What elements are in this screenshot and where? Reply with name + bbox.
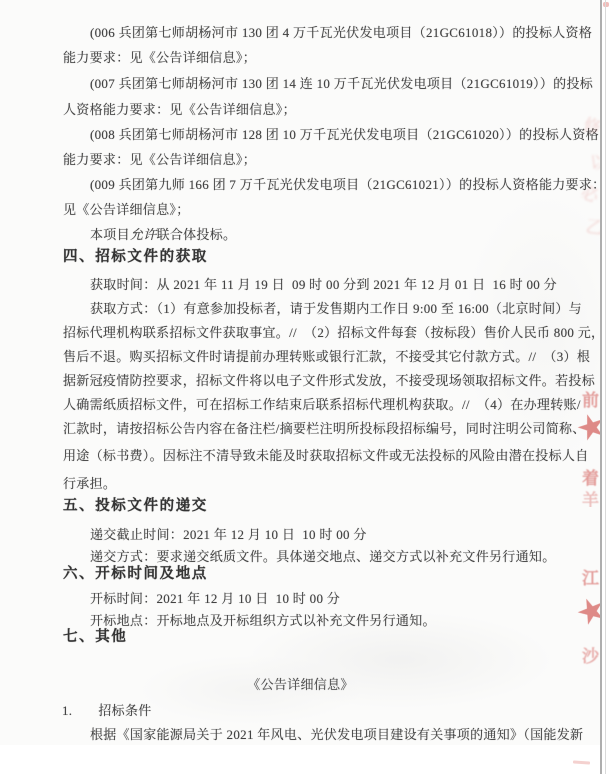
text-line: (008 兵团第七师胡杨河市 128 团 10 万千瓦光伏发电项目（21GC61… xyxy=(90,127,599,142)
section-heading: 六、开标时间及地点 xyxy=(63,567,208,582)
scanned-document-page: (006 兵团第七师胡杨河市 130 团 4 万千瓦光伏发电项目（21GC610… xyxy=(0,0,610,774)
section-heading: 七、其他 xyxy=(63,630,127,645)
text-line: 见《公告详细信息》； xyxy=(63,202,190,217)
seal-text-glyph: 羊 xyxy=(582,486,599,507)
text-run: 允许 xyxy=(130,227,157,242)
red-seal-fragment-lower: 江 ★ 沙 xyxy=(570,560,601,668)
handwriting-glyph: 乙 xyxy=(585,212,601,239)
text-line: 获取时间：从 2021 年 11 月 19 日 09 时 00 分到 2021 … xyxy=(90,277,557,292)
seal-text-glyph: 江 xyxy=(582,564,599,589)
list-number: 1. xyxy=(62,703,72,718)
text-run: 招标条件 xyxy=(98,703,151,718)
text-line: 本项目允许联合体投标。 xyxy=(90,227,236,242)
text-line: 售后不退。购买招标文件时请提前办理转账或银行汇款，不接受其它付款方式。// （3… xyxy=(63,349,590,364)
text-line: 根据《国家能源局关于 2021 年风电、光伏发电项目建设有关事项的通知》（国能发… xyxy=(90,727,583,742)
red-speck xyxy=(603,2,609,7)
text-line: (009 兵团第九师 166 团 7 万千瓦光伏发电项目（21GC61021））… xyxy=(90,177,605,192)
seal-star-icon: ★ xyxy=(572,590,601,633)
seal-star-icon: ★ xyxy=(573,407,601,449)
handwriting-glyph: 修 xyxy=(581,110,601,138)
text-line: 用途（标书费）。因标注不清导致未能及时获取招标文件或无法投标的风险由潜在投标人自 xyxy=(63,448,589,463)
seal-text-glyph: 沙 xyxy=(582,642,599,667)
section-heading: 五、投标文件的递交 xyxy=(63,499,208,514)
text-line: (006 兵团第七师胡杨河市 130 团 4 万千瓦光伏发电项目（21GC610… xyxy=(90,25,592,40)
red-handwriting-fragment: 修 以 必 乙 xyxy=(570,110,601,250)
text-run: 联合体投标。 xyxy=(157,227,237,242)
text-line: 1.招标条件 xyxy=(62,703,152,718)
red-seal-fragment-upper: 前 ★ 着 羊 xyxy=(570,382,601,507)
text-line: 人确需纸质招标文件，可在招标工作结束后联系招标代理机构获取。// （4）在办理转… xyxy=(63,397,581,412)
text-run: 本项目 xyxy=(90,227,130,242)
text-line: 行承担。 xyxy=(63,476,116,491)
text-line: 递交截止时间：2021 年 12 月 10 日 10 时 00 分 xyxy=(90,527,367,542)
handwriting-glyph: 必 xyxy=(578,178,601,207)
text-line: 汇款时，请按招标公告内容在备注栏/摘要栏注明所投标段招标编号，同时注明公司简称、 xyxy=(63,421,586,436)
text-line: 招标代理机构联系招标文件获取事宜。// （2）招标文件每套（按标段）售价人民币 … xyxy=(63,325,604,340)
red-speck xyxy=(573,760,590,764)
text-line: 《公告详细信息》 xyxy=(0,677,601,692)
text-line: 能力要求：见《公告详细信息》； xyxy=(63,50,256,65)
text-line: 递交方式：要求递交纸质文件。具体递交地点、递交方式以补充文件另行通知。 xyxy=(90,549,556,564)
text-line: 获取方式：（1）有意参加投标者，请于发售期内工作日 9:00 至 16:00（北… xyxy=(90,301,582,316)
section-heading: 四、招标文件的获取 xyxy=(63,250,208,265)
paper-scan-area: (006 兵团第七师胡杨河市 130 团 4 万千瓦光伏发电项目（21GC610… xyxy=(0,0,601,745)
page-edge-shadow-line xyxy=(605,0,606,774)
text-line: 能力要求：见《公告详细信息》； xyxy=(63,152,256,167)
text-line: 据新冠疫情防控要求，招标文件将以电子文件形式发放，不接受现场领取招标文件。若投标 xyxy=(63,373,595,388)
text-line: 开标时间：2021 年 12 月 10 日 10 时 00 分 xyxy=(90,591,340,606)
text-line: 人资格能力要求：见《公告详细信息》； xyxy=(63,102,296,117)
page-edge-line xyxy=(600,0,602,774)
text-line: 开标地点：开标地点及开标组织方式以补充文件另行通知。 xyxy=(90,613,436,628)
text-line: (007 兵团第七师胡杨河市 130 团 14 连 10 万千瓦光伏发电项目（2… xyxy=(90,76,593,91)
